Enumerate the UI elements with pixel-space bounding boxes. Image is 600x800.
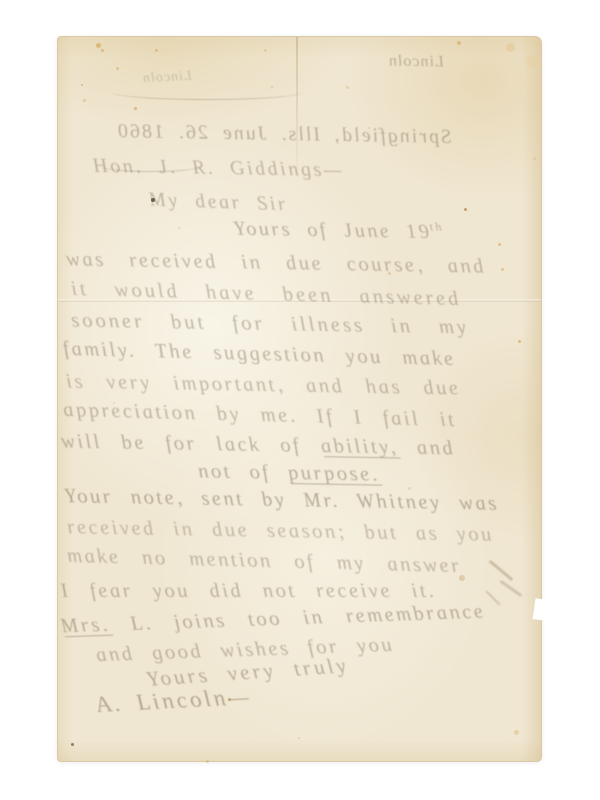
letter-line: Yours of June 19th xyxy=(234,216,446,244)
letter-line: Mrs. L. joins too in remembrance xyxy=(61,601,486,639)
letter-line: will be for lack of ability, and xyxy=(61,431,455,461)
letter-line: not of purpose. xyxy=(198,460,379,486)
foxing-spot xyxy=(498,243,501,246)
foxing-spot xyxy=(81,84,83,86)
foxing-spot xyxy=(101,49,104,52)
docket-word: Lincoln xyxy=(142,69,193,88)
letter-line: I fear you did not receive it. xyxy=(61,580,436,603)
foxing-spot xyxy=(155,49,158,52)
foxing-spot xyxy=(346,86,349,89)
foxing-spot xyxy=(83,99,86,102)
ink-smudge xyxy=(485,590,501,606)
foxing-spot xyxy=(96,43,101,48)
letter-photo-page: { "document_type": "aged handwritten let… xyxy=(0,0,600,800)
letter-line: Your note, sent by Mr. Whitney was xyxy=(65,485,499,516)
foxing-spot xyxy=(408,487,411,490)
letter-line: is very important, and has due xyxy=(66,371,461,401)
letter-line: sooner but for illness in my xyxy=(71,310,469,340)
foxing-spot xyxy=(526,55,539,68)
foxing-spot xyxy=(501,268,504,271)
letter-line: family. The suggestion you make xyxy=(63,338,456,371)
letter-line: A. Lincoln— xyxy=(95,684,251,718)
foxing-spot xyxy=(298,737,300,739)
foxing-spot xyxy=(116,67,119,70)
letter-line: Hon. J. R. Giddings— xyxy=(93,155,344,182)
paper-edge-notch xyxy=(533,598,549,621)
letter-line: it would have been answered xyxy=(71,278,462,311)
foxing-spot xyxy=(178,227,180,229)
letter-line: make no mention of my answer xyxy=(67,545,462,578)
foxing-spot xyxy=(506,43,515,52)
ink-smudge xyxy=(489,560,514,582)
foxing-spot xyxy=(206,760,209,763)
letter-line: My dear Sir xyxy=(149,189,289,217)
letter-sheet: LincolnLincolnSpringfield, Ills. June 26… xyxy=(57,36,542,762)
letter-line: Springfield, Ills. June 26. 1860 xyxy=(116,120,452,149)
foxing-spot xyxy=(464,208,467,211)
letter-line: appreciation by me. If I fail it xyxy=(63,399,457,432)
foxing-spot xyxy=(514,730,519,735)
docket-word: Lincoln xyxy=(388,53,444,72)
letter-line: received in due season; but as you xyxy=(67,516,494,546)
foxing-spot xyxy=(271,86,273,88)
ink-smudge xyxy=(499,580,522,597)
foxing-spot xyxy=(71,743,74,746)
foxing-spot xyxy=(457,41,461,45)
letter-line: was received in due course, and xyxy=(66,248,486,278)
foxing-spot xyxy=(518,340,521,343)
foxing-spot xyxy=(134,107,137,110)
foxing-spot xyxy=(533,157,536,160)
foxing-spot xyxy=(264,49,267,52)
